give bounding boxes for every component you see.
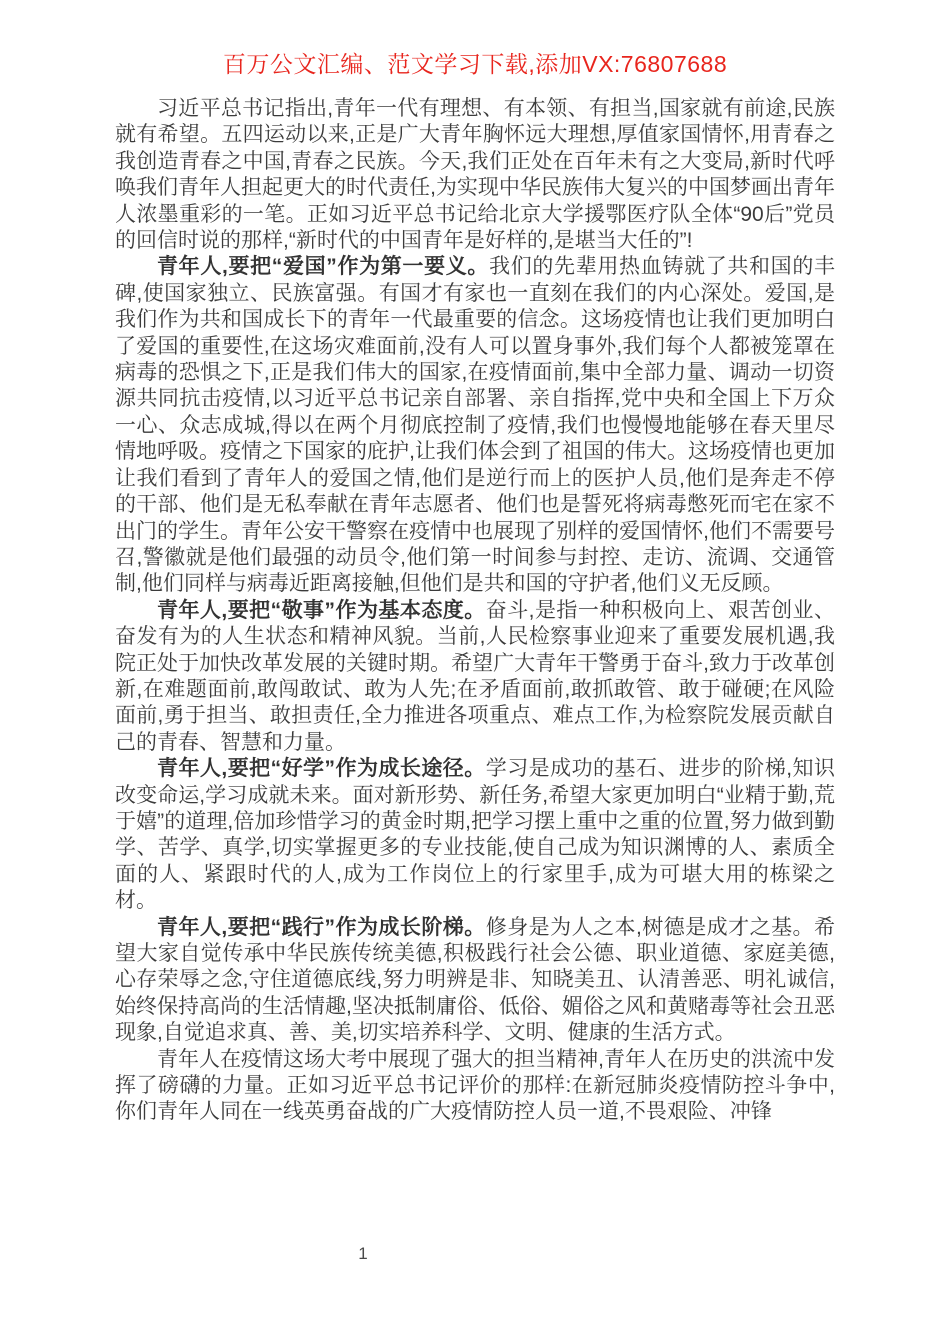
paragraph-text: 学习是成功的基石、进步的阶梯,知识改变命运,学习成就未来。面对新形势、新任务,希… [115, 757, 835, 912]
paragraph-text: 习近平总书记指出,青年一代有理想、有本领、有担当,国家就有前途,民族就有希望。五… [115, 97, 835, 252]
paragraph: 青年人在疫情这场大考中展现了强大的担当精神,青年人在历史的洪流中发挥了磅礴的力量… [115, 1047, 835, 1126]
paragraph: 青年人,要把“敬事”作为基本态度。奋斗,是指一种积极向上、艰苦创业、奋发有为的人… [115, 598, 835, 756]
paragraph-lead: 青年人,要把“好学”作为成长途径。 [157, 757, 486, 780]
document-body: 习近平总书记指出,青年一代有理想、有本领、有担当,国家就有前途,民族就有希望。五… [115, 96, 835, 1126]
paragraph: 青年人,要把“践行”作为成长阶梯。修身是为人之本,树德是成才之基。希望大家自觉传… [115, 915, 835, 1047]
page-number: 1 [343, 1244, 383, 1264]
paragraph-text: 青年人在疫情这场大考中展现了强大的担当精神,青年人在历史的洪流中发挥了磅礴的力量… [115, 1048, 835, 1124]
paragraph-lead: 青年人,要把“爱国”作为第一要义。 [157, 255, 489, 278]
notice-banner: 百万公文汇编、范文学习下载,添加VX:76807688 [0, 0, 950, 79]
paragraph: 习近平总书记指出,青年一代有理想、有本领、有担当,国家就有前途,民族就有希望。五… [115, 96, 835, 254]
paragraph: 青年人,要把“爱国”作为第一要义。我们的先辈用热血铸就了共和国的丰碑,使国家独立… [115, 254, 835, 597]
paragraph-lead: 青年人,要把“敬事”作为基本态度。 [157, 599, 486, 622]
paragraph-lead: 青年人,要把“践行”作为成长阶梯。 [157, 916, 486, 939]
document-page: 百万公文汇编、范文学习下载,添加VX:76807688 习近平总书记指出,青年一… [0, 0, 950, 1344]
paragraph-text: 我们的先辈用热血铸就了共和国的丰碑,使国家独立、民族富强。有国才有家也一直刻在我… [115, 255, 835, 595]
paragraph: 青年人,要把“好学”作为成长途径。学习是成功的基石、进步的阶梯,知识改变命运,学… [115, 756, 835, 914]
